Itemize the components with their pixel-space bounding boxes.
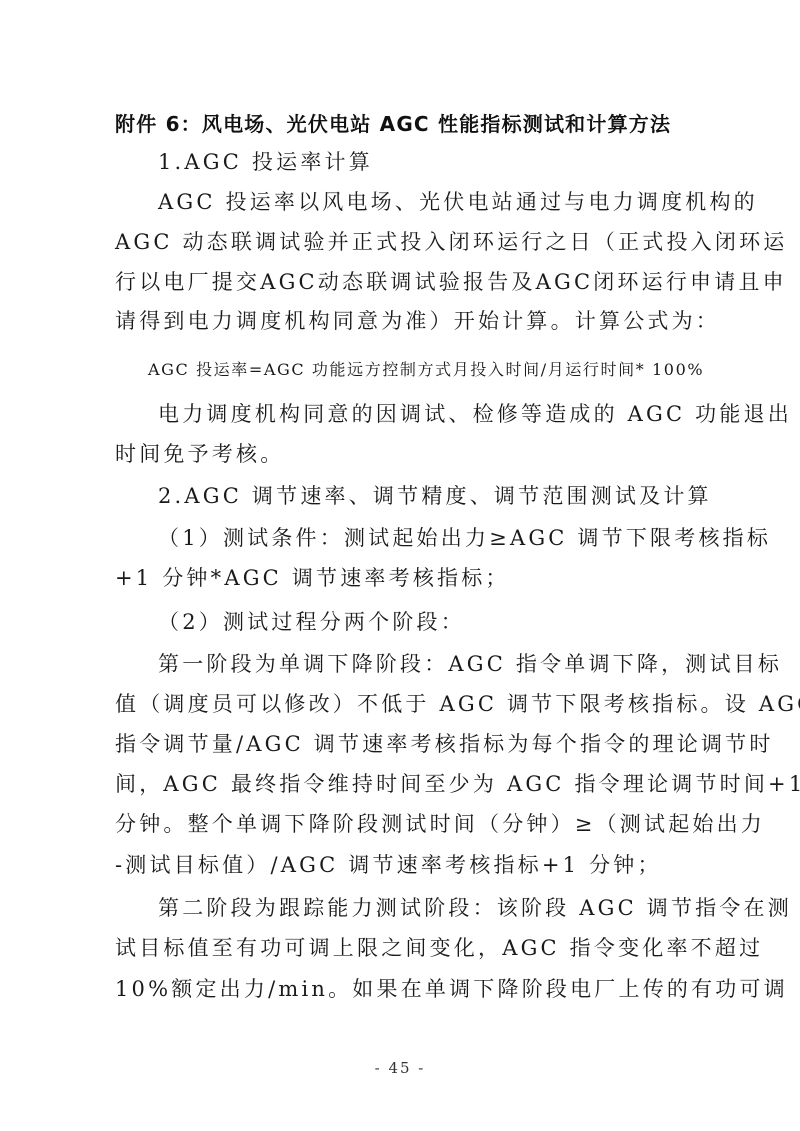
paragraph-line: 试目标值至有功可调上限之间变化，AGC 指令变化率不超过: [115, 936, 763, 960]
paragraph-line: 时间免予考核。: [115, 442, 284, 466]
paragraph-line: 分钟。整个单调下降阶段测试时间（分钟）≥（测试起始出力: [115, 812, 765, 836]
paragraph-line: 第一阶段为单调下降阶段：AGC 指令单调下降，测试目标: [158, 652, 782, 676]
paragraph-line: 10%额定出力/min。如果在单调下降阶段电厂上传的有功可调: [115, 977, 788, 1001]
paragraph-line: （2）测试过程分两个阶段：: [158, 610, 465, 634]
paragraph-line: -测试目标值）/AGC 调节速率考核指标+1 分钟；: [115, 853, 662, 877]
formula-line: AGC 投运率=AGC 功能远方控制方式月投入时间/月运行时间* 100%: [148, 358, 704, 382]
paragraph-line: 第二阶段为跟踪能力测试阶段：该阶段 AGC 调节指令在测: [158, 896, 792, 920]
paragraph-line: 值（调度员可以修改）不低于 AGC 调节下限考核指标。设 AGC: [115, 692, 800, 716]
section-heading-1: 1.AGC 投运率计算: [158, 150, 373, 174]
paragraph-line: 行以电厂提交AGC动态联调试验报告及AGC闭环运行申请且申: [115, 270, 787, 294]
paragraph-line: （1）测试条件：测试起始出力≥AGC 调节下限考核指标: [158, 526, 771, 550]
page-number: - 45 -: [0, 1059, 800, 1077]
document-title: 附件 6：风电场、光伏电站 AGC 性能指标测试和计算方法: [115, 108, 671, 137]
paragraph-line: AGC 动态联调试验并正式投入闭环运行之日（正式投入闭环运: [115, 230, 787, 254]
section-heading-2: 2.AGC 调节速率、调节精度、调节范围测试及计算: [158, 484, 712, 508]
paragraph-line: 电力调度机构同意的因调试、检修等造成的 AGC 功能退出: [158, 402, 792, 426]
paragraph-line: +1 分钟*AGC 调节速率考核指标；: [115, 566, 510, 590]
paragraph-line: AGC 投运率以风电场、光伏电站通过与电力调度机构的: [158, 190, 758, 214]
paragraph-line: 请得到电力调度机构同意为准）开始计算。计算公式为：: [115, 309, 720, 333]
paragraph-line: 间，AGC 最终指令维持时间至少为 AGC 指令理论调节时间+1: [115, 772, 800, 796]
paragraph-line: 指令调节量/AGC 调节速率考核指标为每个指令的理论调节时: [115, 732, 774, 756]
